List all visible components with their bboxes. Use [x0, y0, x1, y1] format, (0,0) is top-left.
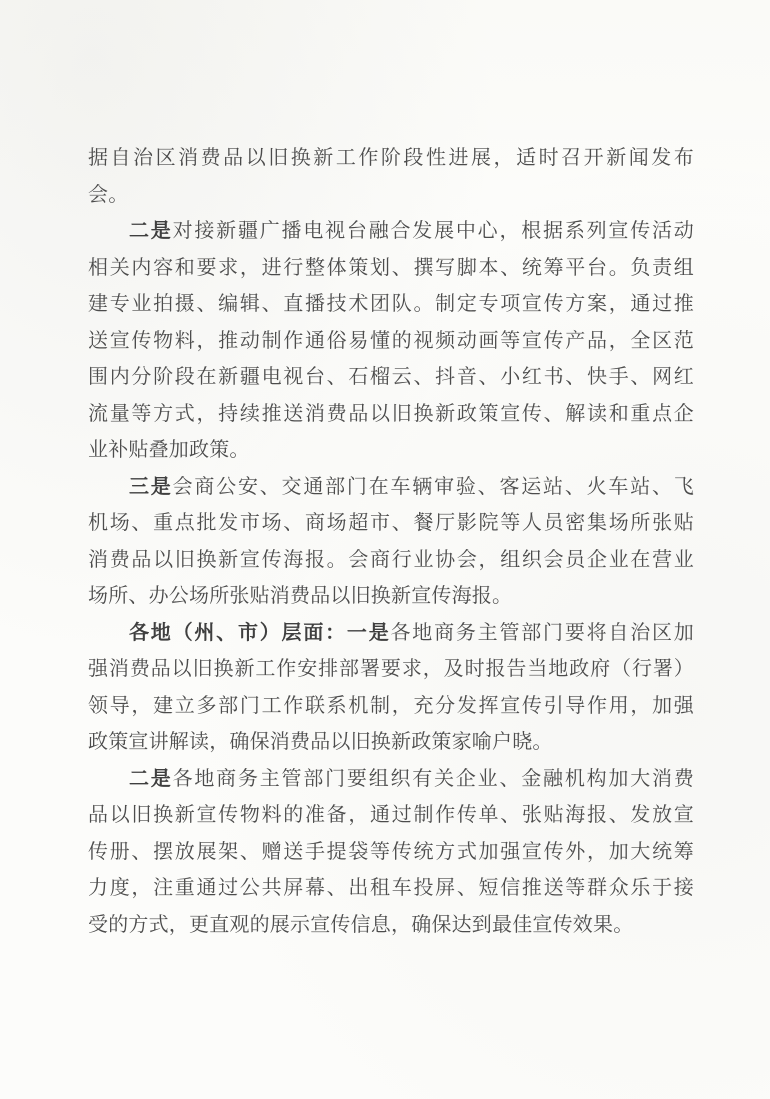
text-line: 各地（州、市）层面：一是各地商务主管部门要将自治区加 — [88, 615, 694, 652]
text-line: 受的方式，更直观的展示宣传信息，确保达到最佳宣传效果。 — [88, 907, 694, 944]
text-line: 机场、重点批发市场、商场超市、餐厅影院等人员密集场所张贴 — [88, 505, 694, 542]
line-text: 会。 — [88, 184, 128, 206]
text-line: 品以旧换新宣传物料的准备，通过制作传单、张贴海报、发放宣 — [88, 797, 694, 834]
line-text: 据自治区消费品以旧换新工作阶段性进展，适时召开新闻发布 — [88, 147, 694, 169]
document-body-text: 据自治区消费品以旧换新工作阶段性进展，适时召开新闻发布 会。 二是对接新疆广播电… — [88, 140, 694, 943]
text-line: 建专业拍摄、编辑、直播技术团队。制定专项宣传方案，通过推 — [88, 286, 694, 323]
line-text: 相关内容和要求，进行整体策划、撰写脚本、统筹平台。负责组 — [88, 257, 694, 279]
line-text: 会商公安、交通部门在车辆审验、客运站、火车站、飞 — [173, 476, 694, 498]
text-line: 业补贴叠加政策。 — [88, 432, 694, 469]
paragraph-lead-bold: 二是 — [129, 220, 173, 242]
line-text: 各地商务主管部门要组织有关企业、金融机构加大消费 — [173, 768, 694, 790]
text-line: 会。 — [88, 177, 694, 214]
text-line: 领导，建立多部门工作联系机制，充分发挥宣传引导作用，加强 — [88, 688, 694, 725]
text-line: 据自治区消费品以旧换新工作阶段性进展，适时召开新闻发布 — [88, 140, 694, 177]
text-line: 流量等方式，持续推送消费品以旧换新政策宣传、解读和重点企 — [88, 396, 694, 433]
line-text: 政策宣讲解读，确保消费品以旧换新政策家喻户晓。 — [88, 731, 553, 753]
line-text: 各地商务主管部门要将自治区加 — [391, 622, 695, 644]
text-line: 消费品以旧换新宣传海报。会商行业协会，组织会员企业在营业 — [88, 542, 694, 579]
line-text: 力度，注重通过公共屏幕、出租车投屏、短信推送等群众乐于接 — [88, 877, 694, 899]
line-text: 业补贴叠加政策。 — [88, 439, 250, 461]
line-text: 领导，建立多部门工作联系机制，充分发挥宣传引导作用，加强 — [88, 695, 694, 717]
text-line: 围内分阶段在新疆电视台、石榴云、抖音、小红书、快手、网红 — [88, 359, 694, 396]
text-line: 相关内容和要求，进行整体策划、撰写脚本、统筹平台。负责组 — [88, 250, 694, 287]
paragraph-lead-bold: 三是 — [129, 476, 173, 498]
line-text: 对接新疆广播电视台融合发展中心，根据系列宣传活动 — [173, 220, 694, 242]
text-line: 传册、摆放展架、赠送手提袋等传统方式加强宣传外，加大统筹 — [88, 834, 694, 871]
text-line: 场所、办公场所张贴消费品以旧换新宣传海报。 — [88, 578, 694, 615]
text-line: 力度，注重通过公共屏幕、出租车投屏、短信推送等群众乐于接 — [88, 870, 694, 907]
line-text: 场所、办公场所张贴消费品以旧换新宣传海报。 — [88, 585, 512, 607]
line-text: 流量等方式，持续推送消费品以旧换新政策宣传、解读和重点企 — [88, 403, 694, 425]
line-text: 送宣传物料，推动制作通俗易懂的视频动画等宣传产品，全区范 — [88, 330, 694, 352]
text-line: 强消费品以旧换新工作安排部署要求，及时报告当地政府（行署） — [88, 651, 694, 688]
text-line: 二是各地商务主管部门要组织有关企业、金融机构加大消费 — [88, 761, 694, 798]
line-text: 消费品以旧换新宣传海报。会商行业协会，组织会员企业在营业 — [88, 549, 694, 571]
line-text: 受的方式，更直观的展示宣传信息，确保达到最佳宣传效果。 — [88, 914, 633, 936]
text-line: 三是会商公安、交通部门在车辆审验、客运站、火车站、飞 — [88, 469, 694, 506]
line-text: 强消费品以旧换新工作安排部署要求，及时报告当地政府（行署） — [88, 658, 694, 680]
text-line: 二是对接新疆广播电视台融合发展中心，根据系列宣传活动 — [88, 213, 694, 250]
paragraph-lead-bold: 各地（州、市）层面：一是 — [129, 622, 391, 644]
line-text: 围内分阶段在新疆电视台、石榴云、抖音、小红书、快手、网红 — [88, 366, 694, 388]
scanned-document-page: 据自治区消费品以旧换新工作阶段性进展，适时召开新闻发布 会。 二是对接新疆广播电… — [0, 0, 770, 1099]
paragraph-lead-bold: 二是 — [129, 768, 173, 790]
line-text: 建专业拍摄、编辑、直播技术团队。制定专项宣传方案，通过推 — [88, 293, 694, 315]
line-text: 机场、重点批发市场、商场超市、餐厅影院等人员密集场所张贴 — [88, 512, 694, 534]
text-line: 送宣传物料，推动制作通俗易懂的视频动画等宣传产品，全区范 — [88, 323, 694, 360]
line-text: 传册、摆放展架、赠送手提袋等传统方式加强宣传外，加大统筹 — [88, 841, 694, 863]
text-line: 政策宣讲解读，确保消费品以旧换新政策家喻户晓。 — [88, 724, 694, 761]
line-text: 品以旧换新宣传物料的准备，通过制作传单、张贴海报、发放宣 — [88, 804, 694, 826]
